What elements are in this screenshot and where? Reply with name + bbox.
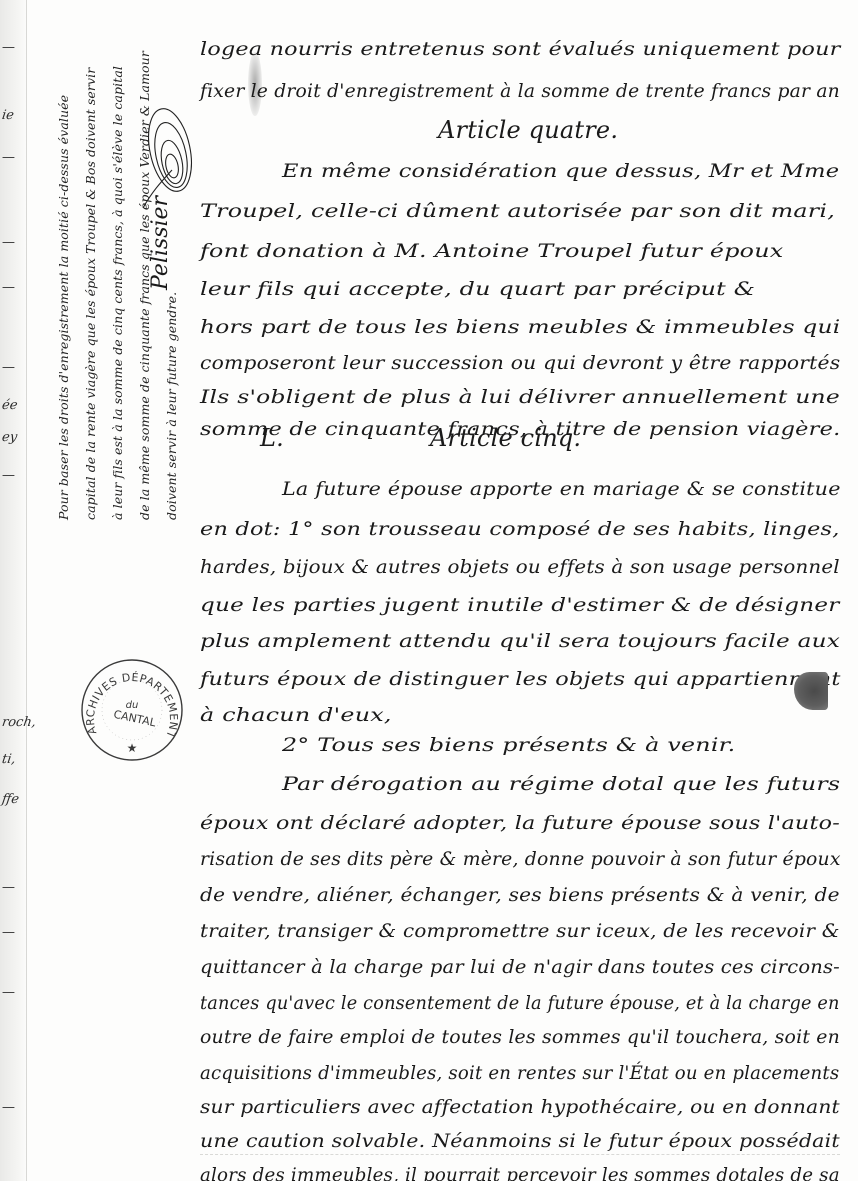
body-line: Par dérogation au régime dotal que les f… xyxy=(282,773,840,795)
prev-page-fragment: — xyxy=(1,468,16,483)
margin-note-line: capital de la rente viagère que les épou… xyxy=(77,40,104,520)
prev-page-fragment: ffe xyxy=(1,792,20,807)
body-line: 2° Tous ses biens présents & à venir. xyxy=(282,734,735,756)
prev-page-fragment: ie xyxy=(1,108,15,123)
margin-signature: Pelissier xyxy=(148,196,173,290)
ink-stain xyxy=(794,672,828,710)
body-line: leur fils qui accepte, du quart par préc… xyxy=(200,278,755,300)
body-line: alors des immeubles, il pourrait percevo… xyxy=(200,1164,840,1181)
body-line: outre de faire emploi de toutes les somm… xyxy=(200,1026,840,1048)
stamp-inner-du: du xyxy=(126,700,139,711)
prev-page-fragment: — xyxy=(1,880,16,895)
body-line: futurs époux de distinguer les objets qu… xyxy=(200,668,841,690)
body-line: époux ont déclaré adopter, la future épo… xyxy=(200,812,840,834)
body-line: fixer le droit d'enregistrement à la som… xyxy=(200,80,840,102)
body-line: sur particuliers avec affectation hypoth… xyxy=(200,1096,840,1118)
article-heading-4: Article quatre. xyxy=(438,116,618,144)
body-line: à chacun d'eux, xyxy=(200,704,392,726)
prev-page-fragment: — xyxy=(1,1100,16,1115)
prev-page-fragment: — xyxy=(1,150,16,165)
body-line: hardes, bijoux & autres objets ou effets… xyxy=(200,556,840,578)
paraph-flourish-icon xyxy=(138,100,198,210)
body-line: en dot: 1° son trousseau composé de ses … xyxy=(200,518,840,540)
prev-page-fragment: ti, xyxy=(1,752,17,767)
article-heading-5: Article cinq. xyxy=(430,424,581,452)
prev-page-fragment: — xyxy=(1,235,16,250)
prev-page-fragment: ey xyxy=(1,430,18,445)
prev-page-fragment: — xyxy=(1,985,16,1000)
body-line: traiter, transiger & compromettre sur ic… xyxy=(200,920,840,942)
prev-page-fragment: — xyxy=(1,360,16,375)
body-line: de vendre, aliéner, échanger, ses biens … xyxy=(200,884,840,906)
previous-page-edge: — ie — — — — ée ey — roch, ti, ffe — — —… xyxy=(0,0,27,1181)
manuscript-page: — ie — — — — ée ey — roch, ti, ffe — — —… xyxy=(0,0,858,1181)
body-line: une caution solvable. Néanmoins si le fu… xyxy=(200,1130,840,1152)
margin-note-line: à leur fils est à la somme de cinq cents… xyxy=(104,40,131,520)
body-line: En même considération que dessus, Mr et … xyxy=(282,160,839,182)
body-line: composeront leur succession ou qui devro… xyxy=(200,352,840,374)
body-line: Troupel, celle-ci dûment autorisée par s… xyxy=(200,200,835,222)
prev-page-fragment: — xyxy=(1,280,16,295)
prev-page-fragment: — xyxy=(1,925,16,940)
paragraph-mark: L. xyxy=(260,424,284,452)
body-line: tances qu'avec le consentement de la fut… xyxy=(200,992,840,1014)
archives-stamp: ARCHIVES DÉPARTEMENTALES du CANTAL ★ xyxy=(80,658,184,762)
body-line: quittancer à la charge par lui de n'agir… xyxy=(200,956,840,978)
stamp-inner-cantal: CANTAL xyxy=(112,708,158,730)
body-line: hors part de tous les biens meubles & im… xyxy=(200,316,840,338)
prev-page-fragment: — xyxy=(1,40,16,55)
body-line: acquisitions d'immeubles, soit en rentes… xyxy=(200,1062,839,1084)
body-line: plus amplement attendu qu'il sera toujou… xyxy=(200,630,840,652)
body-line: font donation à M. Antoine Troupel futur… xyxy=(200,240,783,262)
body-line: La future épouse apporte en mariage & se… xyxy=(282,478,841,500)
prev-page-fragment: ée xyxy=(1,398,18,413)
star-icon: ★ xyxy=(127,741,138,755)
body-line: risation de ses dits père & mère, donne … xyxy=(200,848,841,870)
body-line: Ils s'obligent de plus à lui délivrer an… xyxy=(200,386,840,408)
prev-page-fragment: roch, xyxy=(1,715,37,730)
page-bottom-rule xyxy=(200,1154,840,1155)
body-line: logea nourris entretenus sont évalués un… xyxy=(200,38,841,60)
margin-note-line: Pour baser les droits d'enregistrement l… xyxy=(50,40,77,520)
body-line: que les parties jugent inutile d'estimer… xyxy=(200,594,840,616)
